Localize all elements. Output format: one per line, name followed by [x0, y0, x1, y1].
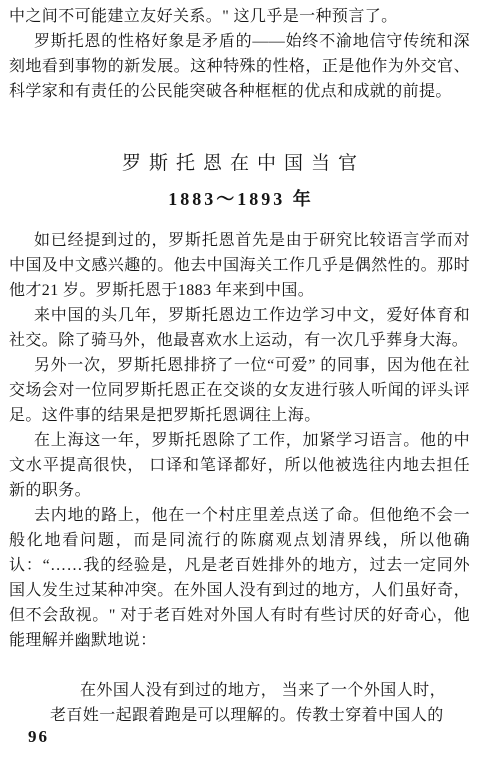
paragraph: 去内地的路上，他在一个村庄里差点送了命。但他绝不会一般化地看问题，而是同流行的陈… [9, 503, 470, 653]
paragraph: 在上海这一年，罗斯托恩除了工作，加紧学习语言。他的中文水平提高很快， 口译和笔译… [9, 428, 470, 503]
chapter-title: 罗斯托恩在中国当官 [9, 151, 470, 177]
scanned-book-page: 中之间不可能建立友好关系。" 这几乎是一种预言了。 罗斯托恩的性格好象是矛盾的—… [0, 0, 498, 767]
quote-text: 在外国人没有到过的地方， 当来了一个外国人时，老百姓一起跟着跑是可以理解的。传教… [50, 678, 446, 728]
paragraph: 来中国的头几年，罗斯托恩边工作边学习中文，爱好体育和社交。除了骑马外，他最喜欢水… [9, 303, 470, 353]
paragraph: 另外一次，罗斯托恩排挤了一位“可爱” 的同事，因为他在社交场会对一位同罗斯托恩正… [9, 353, 470, 428]
chapter-heading: 罗斯托恩在中国当官 1883～1893 年 [9, 151, 470, 212]
paragraph: 罗斯托恩的性格好象是矛盾的——始终不渝地信守传统和深刻地看到事物的新发展。这种特… [9, 29, 470, 104]
paragraph: 中之间不可能建立友好关系。" 这几乎是一种预言了。 [9, 4, 470, 29]
chapter-body: 如已经提到过的，罗斯托恩首先是由于研究比较语言学而对中国及中文感兴趣的。他去中国… [9, 228, 470, 653]
continuation-block: 中之间不可能建立友好关系。" 这几乎是一种预言了。 罗斯托恩的性格好象是矛盾的—… [9, 4, 470, 104]
block-quote: 在外国人没有到过的地方， 当来了一个外国人时，老百姓一起跟着跑是可以理解的。传教… [50, 678, 446, 728]
paragraph: 如已经提到过的，罗斯托恩首先是由于研究比较语言学而对中国及中文感兴趣的。他去中国… [9, 228, 470, 303]
chapter-subtitle: 1883～1893 年 [9, 187, 470, 212]
page-number: 96 [28, 727, 49, 747]
